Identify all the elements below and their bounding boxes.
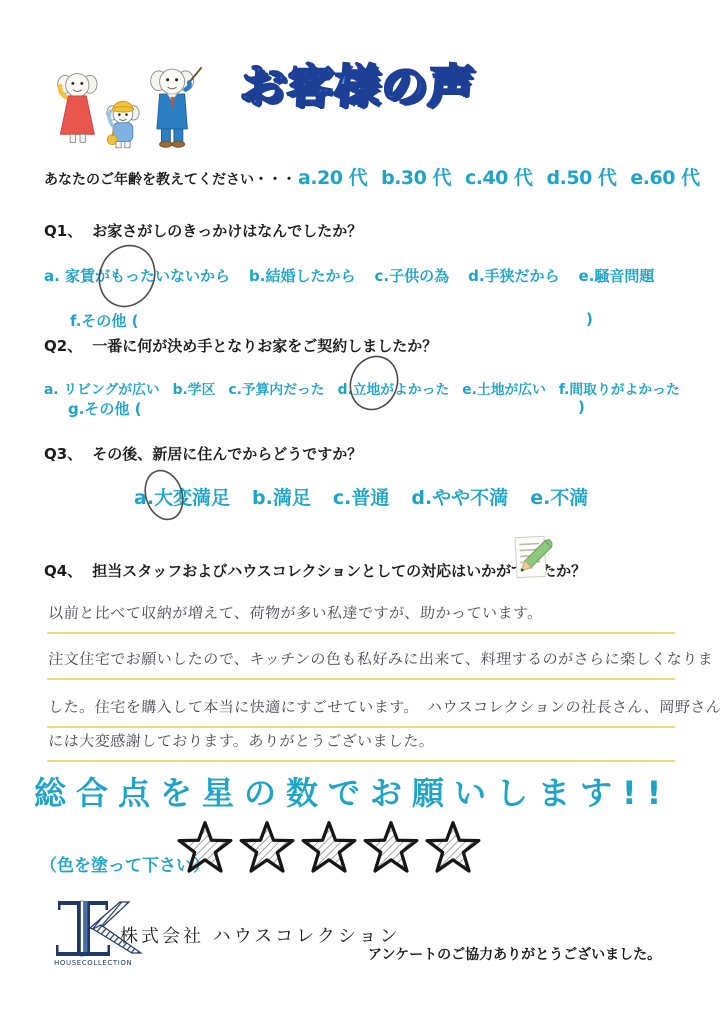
q2-option-a: a. リビングが広い: [44, 378, 160, 398]
q1-options: a. 家賃がもったいないから b.結婚したから c.子供の為 d.手狭だから e…: [44, 265, 654, 286]
q3-number: Q3、: [44, 443, 82, 464]
q2-text: 一番に何が決め手となりお家をご契約しましたか？: [92, 335, 437, 356]
q2-other-close: ): [578, 398, 585, 416]
comment-line: した。住宅を購入して本当に快適にすごせています。 ハウスコレクションの社長さん、…: [47, 696, 677, 728]
age-question-row: あなたのご年齢を教えてください・・・ a.20 代 b.30 代 c.40 代 …: [44, 163, 704, 190]
age-option-e: e.60 代: [630, 163, 699, 190]
q3-option-c: c.普通: [333, 483, 389, 510]
q1-other-close: ): [586, 310, 593, 328]
q1-option-c: c.子供の為: [374, 265, 449, 286]
q1-other: f.その他 (: [70, 310, 138, 331]
q2-option-f: f.間取りがよかった: [559, 378, 680, 398]
q3-options: a.大変満足 b.満足 c.普通 d.やや不満 e.不満: [134, 483, 588, 510]
q2-option-d: d.立地がよかった: [338, 378, 450, 398]
q1-number: Q1、: [44, 220, 82, 241]
star-filled-icon: [424, 818, 482, 880]
age-question-label: あなたのご年齢を教えてください・・・: [44, 169, 296, 189]
q2-option-c: c.予算内だった: [228, 378, 324, 398]
q3-option-d: d.やや不満: [411, 483, 508, 510]
q2-number: Q2、: [44, 335, 82, 356]
q3-option-a: a.大変満足: [134, 483, 230, 510]
comment-line: 注文住宅でお願いしたので、キッチンの色も私好みに出来て、料理するのがさらに楽しく…: [47, 648, 677, 680]
comment-line: には大変感謝しております。ありがとうございました。: [47, 730, 677, 762]
q1-text: お家さがしのきっかけはなんでしたか？: [92, 220, 362, 241]
q2-option-b: b.学区: [173, 378, 216, 398]
age-options: a.20 代 b.30 代 c.40 代 d.50 代 e.60 代: [298, 163, 700, 190]
star-filled-icon: [300, 818, 358, 880]
age-option-a: a.20 代: [298, 163, 367, 190]
page-title: お客様の声: [238, 50, 478, 116]
comment-line: 以前と比べて収納が増えて、荷物が多い私達ですが、助かっています。: [47, 602, 677, 634]
q1-option-e: e.騒音問題: [579, 265, 655, 286]
star-filled-icon: [362, 818, 420, 880]
q2-options: a. リビングが広い b.学区 c.予算内だった d.立地がよかった e.土地が…: [44, 378, 680, 398]
age-option-d: d.50 代: [547, 163, 617, 190]
q1-option-d: d.手狭だから: [468, 265, 559, 286]
q3-text: その後、新居に住んでからどうですか？: [92, 443, 362, 464]
age-option-c: c.40 代: [465, 163, 533, 190]
q4-number: Q4、: [44, 560, 82, 581]
q2-other: g.その他 (: [68, 398, 142, 419]
thanks-message: アンケートのご協力ありがとうございました。: [368, 944, 661, 964]
company-name: 株式会社 ハウスコレクション: [120, 922, 400, 948]
q2-option-e: e.土地が広い: [462, 378, 546, 398]
q1-option-a: a. 家賃がもったいないから: [44, 265, 230, 286]
q3-heading: Q3、 その後、新居に住んでからどうですか？: [44, 443, 362, 464]
overall-score-heading: 総合点を星の数でお願いします!!: [34, 768, 671, 814]
q3-option-b: b.満足: [252, 483, 311, 510]
logo-text: HOUSECOLLECTION: [54, 959, 132, 967]
elephant-family-icon: [55, 58, 207, 166]
q1-option-b: b.結婚したから: [249, 265, 355, 286]
q2-heading: Q2、 一番に何が決め手となりお家をご契約しましたか？: [44, 335, 437, 356]
survey-page: お客様の声 あなたのご年齢を教えてください・・・ a.20 代 b.30 代 c…: [0, 0, 720, 1018]
star-filled-icon: [238, 818, 296, 880]
star-filled-icon: [176, 818, 234, 880]
memo-pencil-icon: [512, 534, 558, 582]
q4-heading: Q4、 担当スタッフおよびハウスコレクションとしての対応はいかがでしたか？: [44, 560, 586, 581]
star-rating: [176, 818, 482, 880]
q1-heading: Q1、 お家さがしのきっかけはなんでしたか？: [44, 220, 362, 241]
age-option-b: b.30 代: [381, 163, 451, 190]
q3-option-e: e.不満: [530, 483, 588, 510]
